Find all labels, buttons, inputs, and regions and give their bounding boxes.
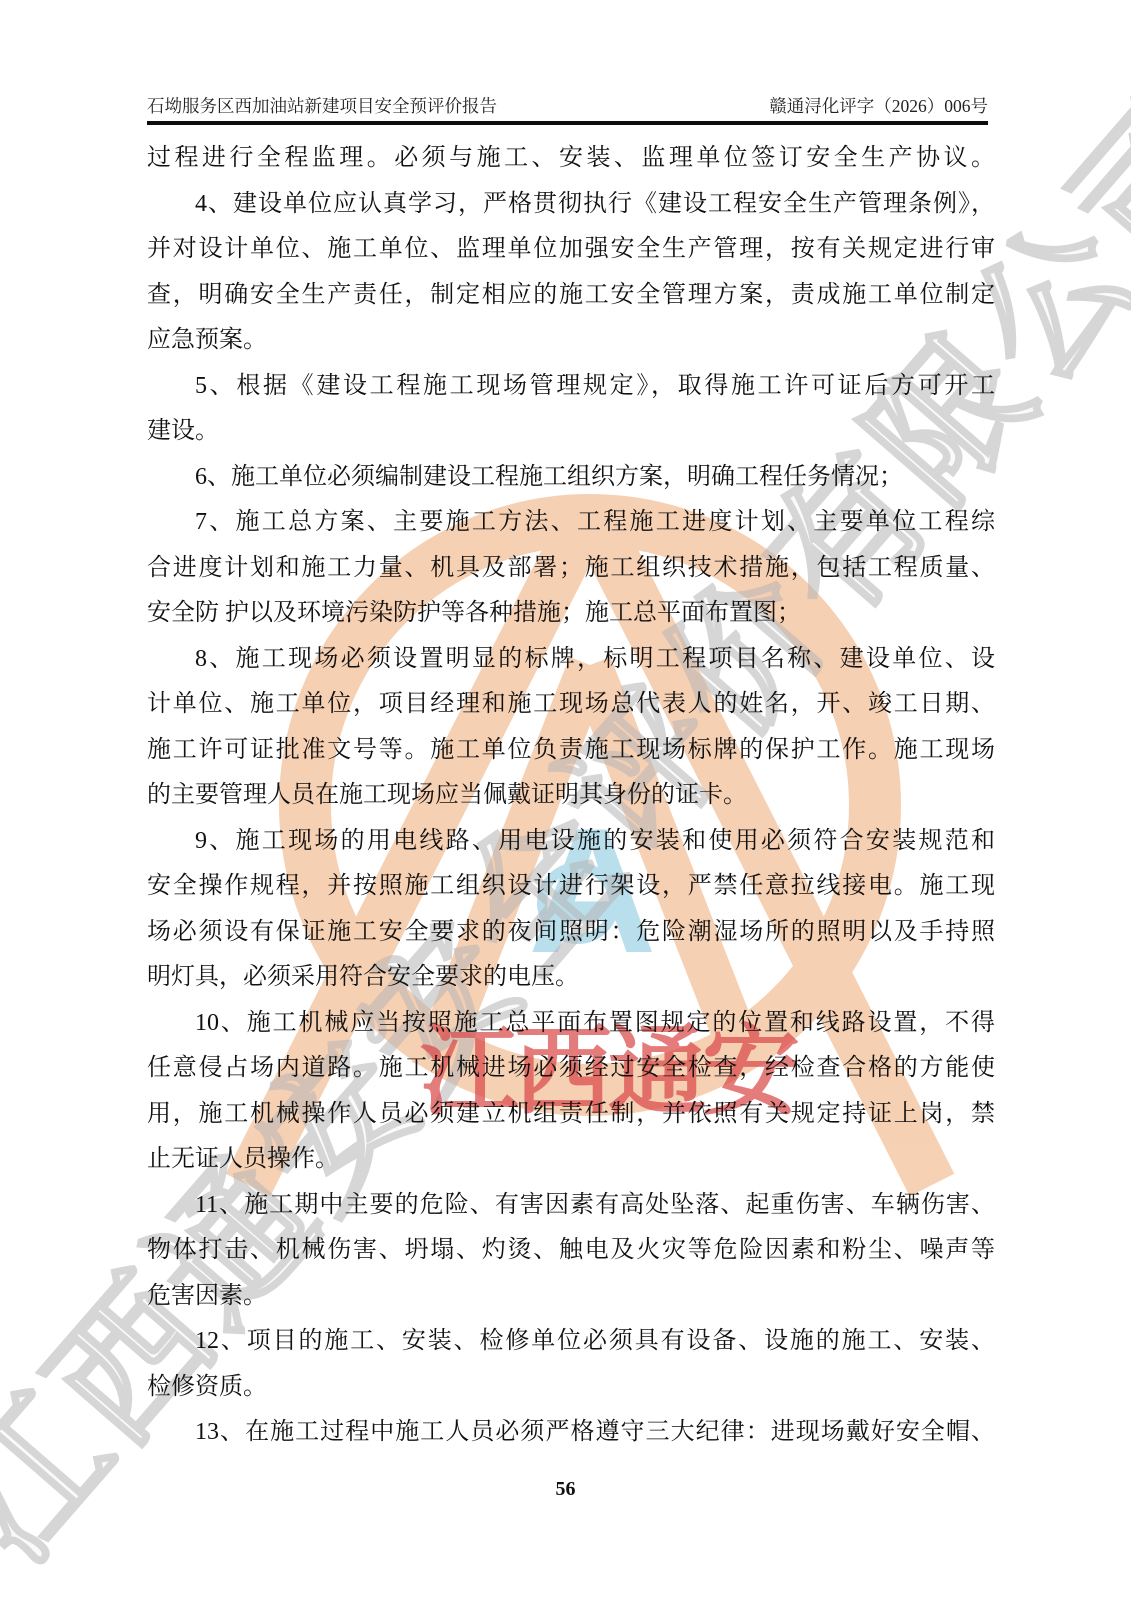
paragraph-line: 安全操作规程，并按照施工组织设计进行架设，严禁任意拉线接电。施工现: [147, 864, 995, 910]
document-page: A 江西通安安全评价有限公司 江西通安 石坳服务区西加油站新建项目安全预评价报告…: [0, 0, 1131, 1600]
paragraph: 12、项目的施工、安装、检修单位必须具有设备、设施的施工、安装、检修资质。: [147, 1319, 995, 1410]
paragraph: 13、在施工过程中施工人员必须严格遵守三大纪律：进现场戴好安全帽、: [147, 1410, 995, 1456]
paragraph-line: 8、施工现场必须设置明显的标牌，标明工程项目名称、建设单位、设: [147, 637, 995, 683]
paragraph-line: 10、施工机械应当按照施工总平面布置图规定的位置和线路设置，不得: [147, 1001, 995, 1047]
paragraph: 7、施工总方案、主要施工方法、工程施工进度计划、主要单位工程综合进度计划和施工力…: [147, 500, 995, 637]
paragraph-line: 应急预案。: [147, 318, 995, 364]
header-report-title: 石坳服务区西加油站新建项目安全预评价报告: [147, 93, 497, 118]
page-header: 石坳服务区西加油站新建项目安全预评价报告 赣通浔化评字（2026）006号: [147, 88, 988, 118]
paragraph: 5、根据《建设工程施工现场管理规定》，取得施工许可证后方可开工建设。: [147, 364, 995, 455]
paragraph: 8、施工现场必须设置明显的标牌，标明工程项目名称、建设单位、设计单位、施工单位，…: [147, 637, 995, 819]
paragraph: 4、建设单位应认真学习，严格贯彻执行《建设工程安全生产管理条例》，并对设计单位、…: [147, 182, 995, 364]
header-document-code: 赣通浔化评字（2026）006号: [769, 93, 988, 118]
paragraph-line: 的主要管理人员在施工现场应当佩戴证明其身份的证卡。: [147, 773, 995, 819]
paragraph-line: 用，施工机械操作人员必须建立机组责任制，并依照有关规定持证上岗，禁: [147, 1092, 995, 1138]
paragraph-line: 并对设计单位、施工单位、监理单位加强安全生产管理，按有关规定进行审: [147, 227, 995, 273]
paragraph-line: 6、施工单位必须编制建设工程施工组织方案，明确工程任务情况；: [147, 455, 995, 501]
paragraph-line: 7、施工总方案、主要施工方法、工程施工进度计划、主要单位工程综: [147, 500, 995, 546]
paragraph-line: 明灯具，必须采用符合安全要求的电压。: [147, 955, 995, 1001]
paragraph: 6、施工单位必须编制建设工程施工组织方案，明确工程任务情况；: [147, 455, 995, 501]
paragraph-line: 5、根据《建设工程施工现场管理规定》，取得施工许可证后方可开工: [147, 364, 995, 410]
page-footer: 56: [0, 1478, 1131, 1501]
paragraph-line: 11、施工期中主要的危险、有害因素有高处坠落、起重伤害、车辆伤害、: [147, 1183, 995, 1229]
page-number: 56: [556, 1478, 576, 1500]
paragraph-line: 合进度计划和施工力量、机具及部署；施工组织技术措施，包括工程质量、: [147, 546, 995, 592]
paragraph-line: 危害因素。: [147, 1274, 995, 1320]
paragraph-line: 9、施工现场的用电线路、用电设施的安装和使用必须符合安装规范和: [147, 819, 995, 865]
paragraph-line: 任意侵占场内道路。施工机械进场必须经过安全检查，经检查合格的方能使: [147, 1046, 995, 1092]
paragraph: 10、施工机械应当按照施工总平面布置图规定的位置和线路设置，不得任意侵占场内道路…: [147, 1001, 995, 1183]
paragraph: 过程进行全程监理。必须与施工、安装、监理单位签订安全生产协议。: [147, 136, 995, 182]
paragraph-line: 施工许可证批准文号等。施工单位负责施工现场标牌的保护工作。施工现场: [147, 728, 995, 774]
paragraph-line: 过程进行全程监理。必须与施工、安装、监理单位签订安全生产协议。: [147, 136, 995, 182]
paragraph-line: 12、项目的施工、安装、检修单位必须具有设备、设施的施工、安装、: [147, 1319, 995, 1365]
paragraph-line: 止无证人员操作。: [147, 1137, 995, 1183]
paragraph-line: 查，明确安全生产责任，制定相应的施工安全管理方案，责成施工单位制定: [147, 273, 995, 319]
paragraph-line: 物体打击、机械伤害、坍塌、灼烫、触电及火灾等危险因素和粉尘、噪声等: [147, 1228, 995, 1274]
paragraph-line: 13、在施工过程中施工人员必须严格遵守三大纪律：进现场戴好安全帽、: [147, 1410, 995, 1456]
paragraph-line: 4、建设单位应认真学习，严格贯彻执行《建设工程安全生产管理条例》，: [147, 182, 995, 228]
paragraph-line: 计单位、施工单位，项目经理和施工现场总代表人的姓名，开、竣工日期、: [147, 682, 995, 728]
paragraph: 9、施工现场的用电线路、用电设施的安装和使用必须符合安装规范和安全操作规程，并按…: [147, 819, 995, 1001]
paragraph: 11、施工期中主要的危险、有害因素有高处坠落、起重伤害、车辆伤害、物体打击、机械…: [147, 1183, 995, 1320]
paragraph-line: 建设。: [147, 409, 995, 455]
paragraph-line: 检修资质。: [147, 1365, 995, 1411]
header-divider: [147, 121, 988, 125]
paragraph-line: 安全防 护以及环境污染防护等各种措施；施工总平面布置图；: [147, 591, 995, 637]
paragraph-line: 场必须设有保证施工安全要求的夜间照明：危险潮湿场所的照明以及手持照: [147, 910, 995, 956]
document-body: 过程进行全程监理。必须与施工、安装、监理单位签订安全生产协议。4、建设单位应认真…: [147, 136, 995, 1456]
